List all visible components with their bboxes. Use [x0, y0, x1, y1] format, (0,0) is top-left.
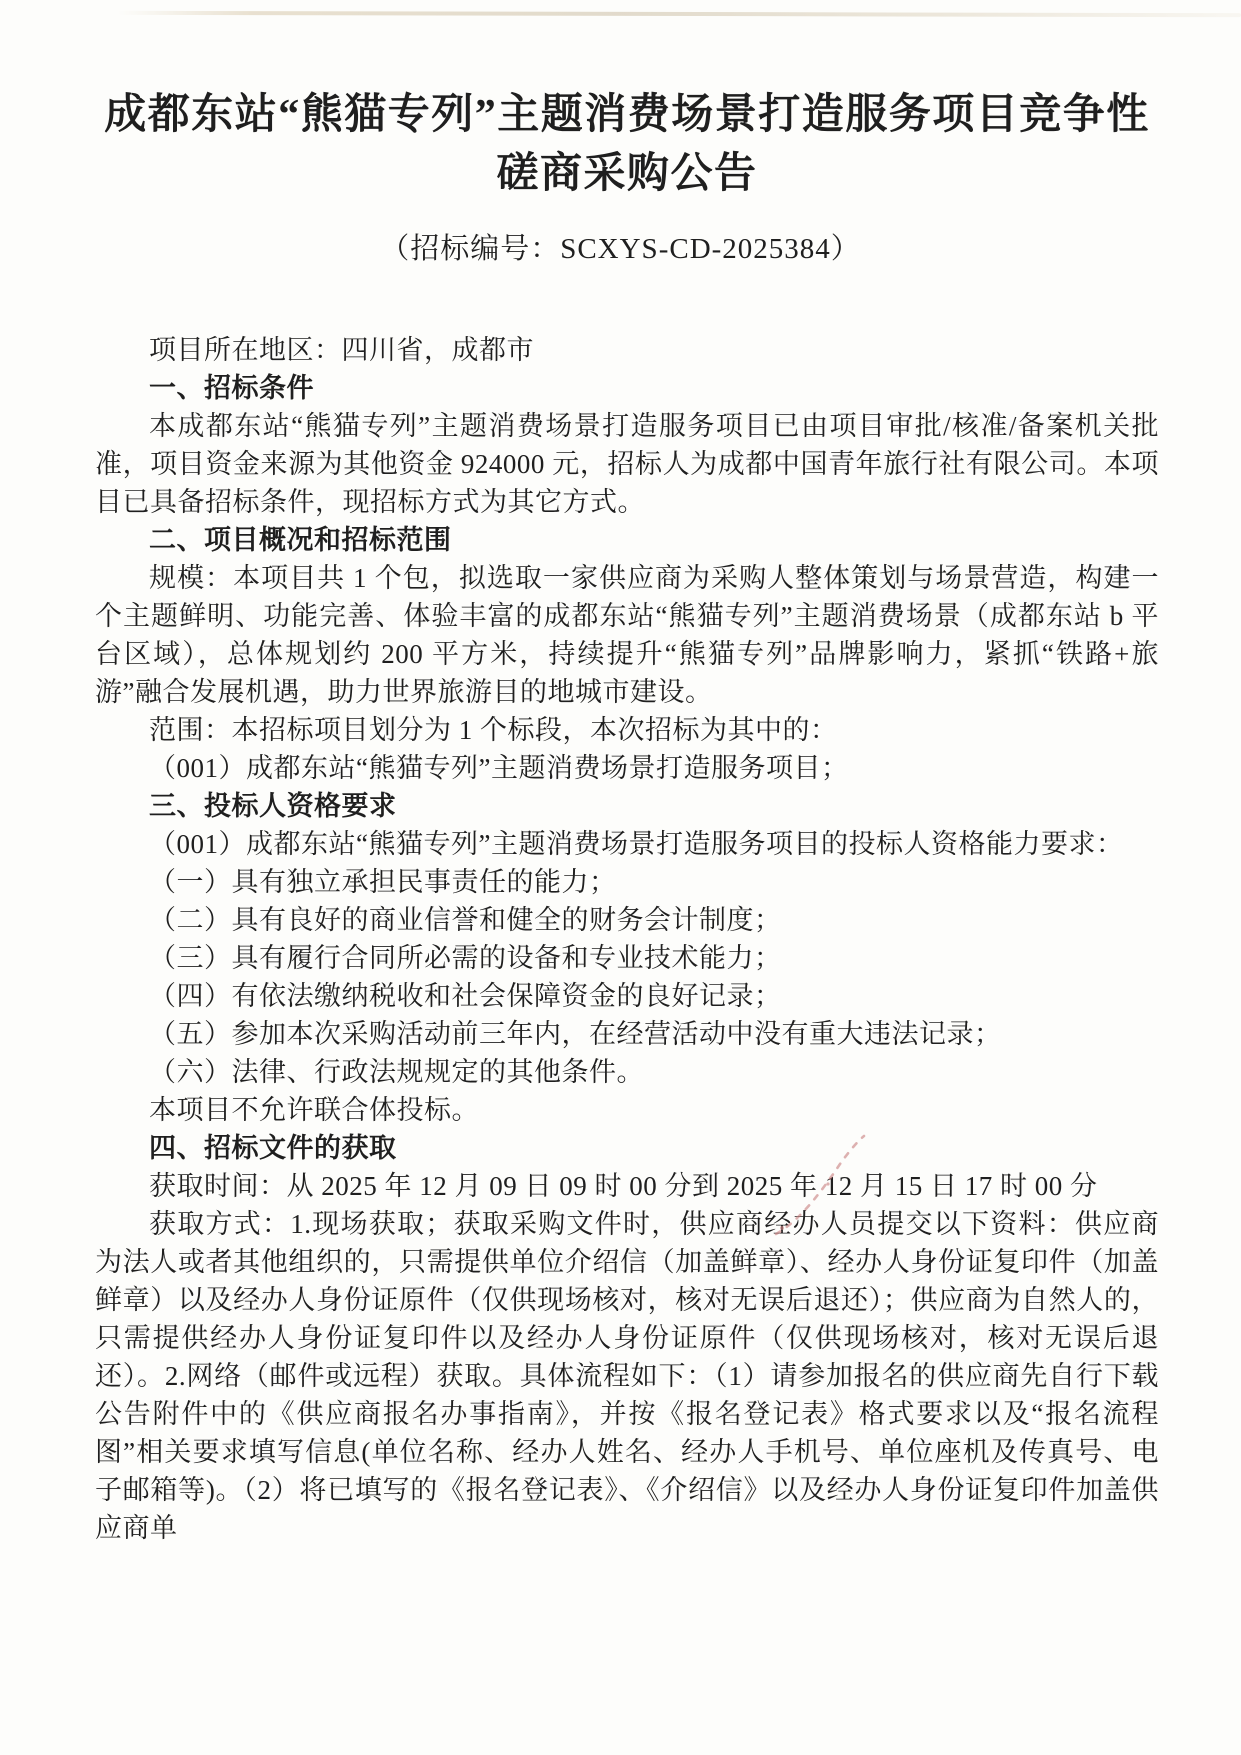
- paragraph: （001）成都东站“熊猫专列”主题消费场景打造服务项目的投标人资格能力要求：: [95, 825, 1159, 863]
- paragraph: （五）参加本次采购活动前三年内，在经营活动中没有重大违法记录；: [95, 1015, 1159, 1053]
- paragraph: （六）法律、行政法规规定的其他条件。: [95, 1053, 1159, 1091]
- paragraph: （四）有依法缴纳税收和社会保障资金的良好记录；: [95, 977, 1159, 1015]
- section-heading: 一、招标条件: [95, 369, 1159, 407]
- scan-artifact-line: [118, 11, 1241, 17]
- paragraph: （三）具有履行合同所必需的设备和专业技术能力；: [95, 939, 1159, 977]
- paragraph: 规模：本项目共 1 个包，拟选取一家供应商为采购人整体策划与场景营造，构建一个主…: [95, 559, 1159, 711]
- section-heading: 三、投标人资格要求: [95, 787, 1159, 825]
- doc-body: 项目所在地区：四川省，成都市一、招标条件本成都东站“熊猫专列”主题消费场景打造服…: [95, 331, 1159, 1547]
- paragraph: 本项目不允许联合体投标。: [95, 1091, 1159, 1129]
- paragraph: 项目所在地区：四川省，成都市: [95, 331, 1159, 369]
- paragraph: 范围：本招标项目划分为 1 个标段，本次招标为其中的：: [95, 711, 1159, 749]
- notice-number: （招标编号：SCXYS-CD-2025384）: [0, 226, 1241, 267]
- section-heading: 二、项目概况和招标范围: [95, 521, 1159, 559]
- paragraph: 获取方式：1.现场获取；获取采购文件时，供应商经办人员提交以下资料：供应商为法人…: [95, 1205, 1159, 1547]
- paragraph: 获取时间：从 2025 年 12 月 09 日 09 时 00 分到 2025 …: [95, 1167, 1159, 1205]
- doc-title: 成都东站“熊猫专列”主题消费场景打造服务项目竞争性磋商采购公告: [95, 86, 1159, 204]
- paragraph: （二）具有良好的商业信誉和健全的财务会计制度；: [95, 901, 1159, 939]
- paragraph: （001）成都东站“熊猫专列”主题消费场景打造服务项目；: [95, 749, 1159, 787]
- section-heading: 四、招标文件的获取: [95, 1129, 1159, 1167]
- paragraph: 本成都东站“熊猫专列”主题消费场景打造服务项目已由项目审批/核准/备案机关批准，…: [95, 407, 1159, 521]
- document-page: 成都东站“熊猫专列”主题消费场景打造服务项目竞争性磋商采购公告 （招标编号：SC…: [0, 0, 1241, 1755]
- paragraph: （一）具有独立承担民事责任的能力；: [95, 863, 1159, 901]
